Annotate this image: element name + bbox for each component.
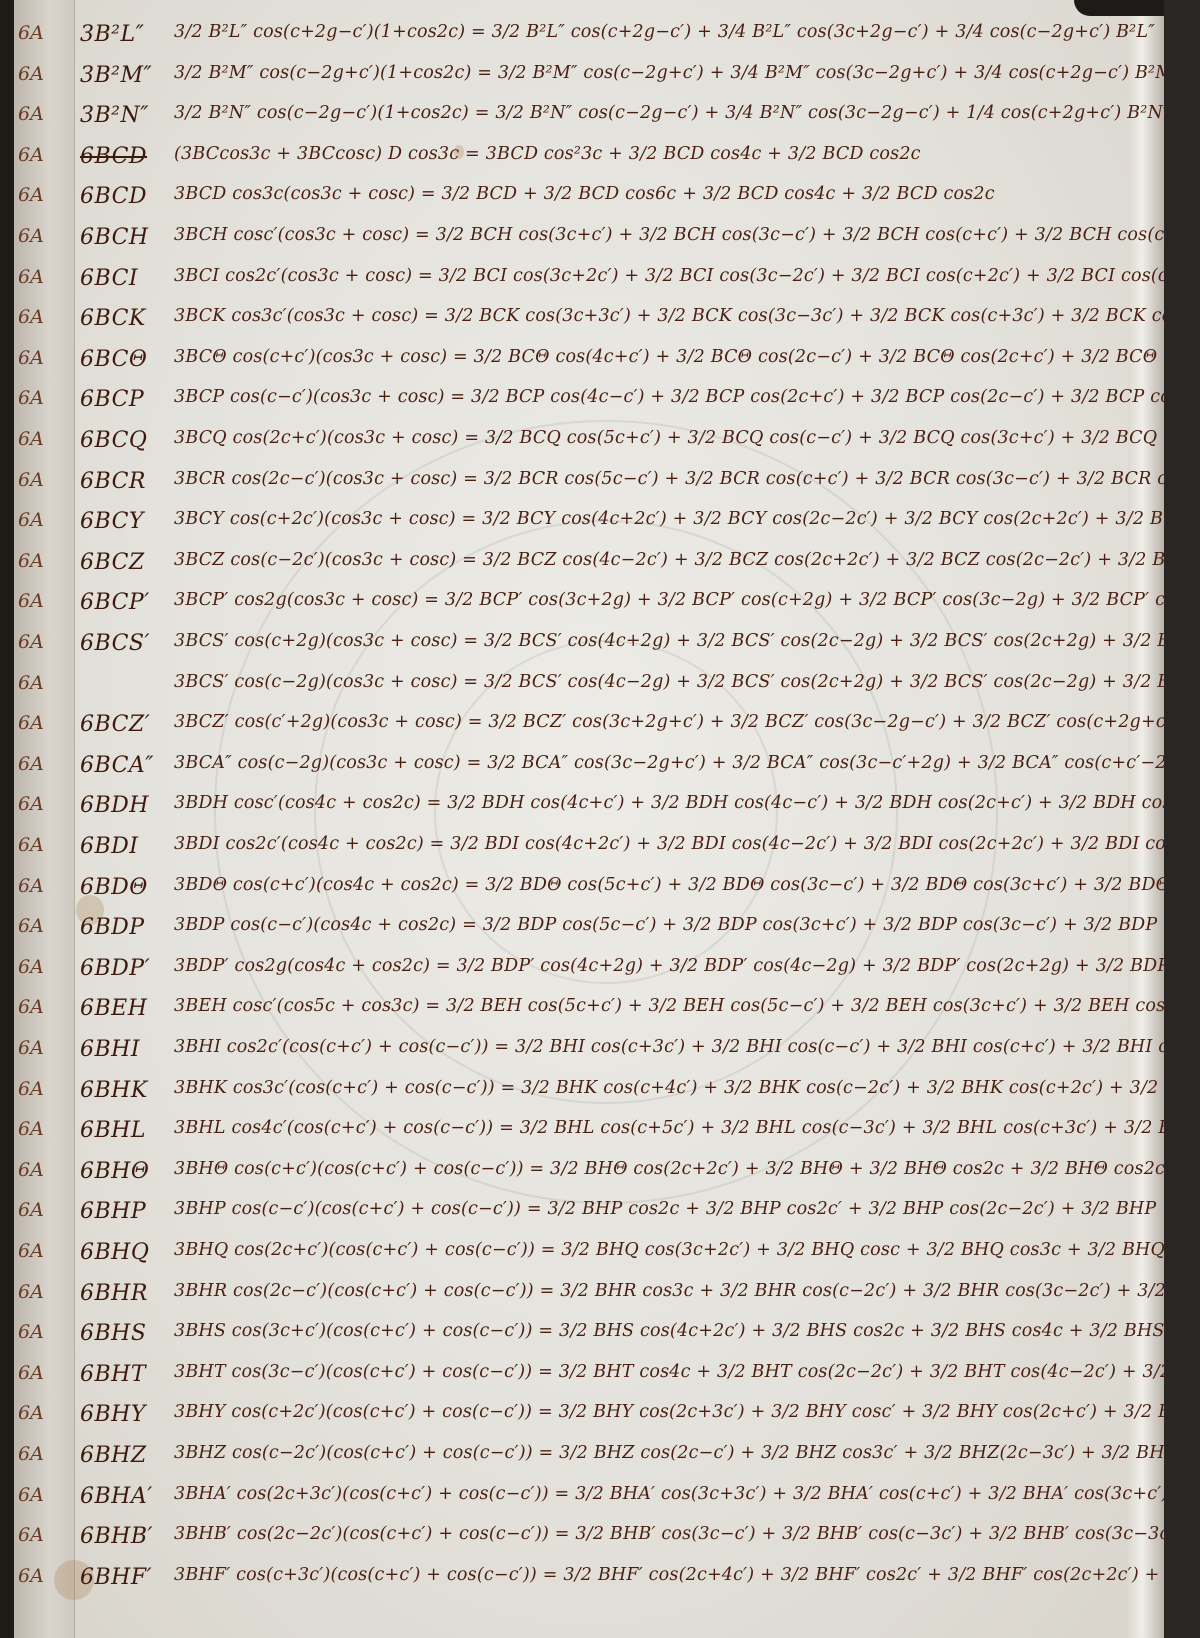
equation-text: 3BDΘ cos(c+c′)(cos4c + cos2c) = 3/2 BDΘ … xyxy=(174,875,1164,895)
equation-text: 3BHZ cos(c−2c′)(cos(c+c′) + cos(c−c′)) =… xyxy=(174,1443,1164,1463)
row-label: 6BCY xyxy=(80,509,144,534)
underpage-margin-mark: 6A xyxy=(18,509,44,531)
underpage-margin-mark: 6A xyxy=(18,550,44,572)
underpage-margin-mark: 6A xyxy=(18,1321,44,1343)
row-label: 6BCP′ xyxy=(80,590,150,615)
equation-row: 6A6BHR3BHR cos(2c−c′)(cos(c+c′) + cos(c−… xyxy=(14,1281,1164,1311)
equation-text: 3BDP′ cos2g(cos4c + cos2c) = 3/2 BDP′ co… xyxy=(174,956,1164,976)
equation-text: 3BHF′ cos(c+3c′)(cos(c+c′) + cos(c−c′)) … xyxy=(174,1565,1164,1585)
equation-text: 3BHI cos2c′(cos(c+c′) + cos(c−c′)) = 3/2… xyxy=(174,1037,1164,1057)
underpage-margin-mark: 6A xyxy=(18,1281,44,1303)
equation-row: 6A6BDI3BDI cos2c′(cos4c + cos2c) = 3/2 B… xyxy=(14,834,1164,864)
equation-text: 3BHB′ cos(2c−2c′)(cos(c+c′) + cos(c−c′))… xyxy=(174,1524,1164,1544)
row-label: 6BCH xyxy=(80,225,149,250)
equation-text: 3BHT cos(3c−c′)(cos(c+c′) + cos(c−c′)) =… xyxy=(174,1362,1164,1382)
equation-text: 3BDH cosc′(cos4c + cos2c) = 3/2 BDH cos(… xyxy=(174,793,1164,813)
equation-text: 3BEH cosc′(cos5c + cos3c) = 3/2 BEH cos(… xyxy=(174,996,1164,1016)
underpage-margin-mark: 6A xyxy=(18,1199,44,1221)
underpage-margin-mark: 6A xyxy=(18,1402,44,1424)
equation-row: 6A6BCR3BCR cos(2c−c′)(cos3c + cosc) = 3/… xyxy=(14,469,1164,499)
row-label: 6BHI xyxy=(80,1037,140,1062)
row-label: 6BCP xyxy=(80,387,144,412)
equation-text: 3BHA′ cos(2c+3c′)(cos(c+c′) + cos(c−c′))… xyxy=(174,1484,1164,1504)
equation-row: 6A6BDP′3BDP′ cos2g(cos4c + cos2c) = 3/2 … xyxy=(14,956,1164,986)
row-label: 6BDP′ xyxy=(80,956,150,981)
row-label: 6BDI xyxy=(80,834,139,859)
row-label: 6BHY xyxy=(80,1402,146,1427)
underpage-margin-mark: 6A xyxy=(18,996,44,1018)
underpage-margin-mark: 6A xyxy=(18,1565,44,1587)
row-label: 6BCD xyxy=(80,144,147,169)
underpage-margin-mark: 6A xyxy=(18,103,44,125)
equation-row: 6A3BCS′ cos(c−2g)(cos3c + cosc) = 3/2 BC… xyxy=(14,672,1164,702)
equation-row: 6A6BCP′3BCP′ cos2g(cos3c + cosc) = 3/2 B… xyxy=(14,590,1164,620)
row-label: 6BCA″ xyxy=(80,753,154,778)
equation-text: 3/2 B²M″ cos(c−2g+c′)(1+cos2c) = 3/2 B²M… xyxy=(174,63,1164,83)
equation-row: 6A6BCS′3BCS′ cos(c+2g)(cos3c + cosc) = 3… xyxy=(14,631,1164,661)
underpage-margin-mark: 6A xyxy=(18,875,44,897)
equation-text: 3BCH cosc′(cos3c + cosc) = 3/2 BCH cos(3… xyxy=(174,225,1164,245)
equation-text: 3BCQ cos(2c+c′)(cos3c + cosc) = 3/2 BCQ … xyxy=(174,428,1164,448)
row-label: 6BHP xyxy=(80,1199,146,1224)
equation-row: 6A6BHI3BHI cos2c′(cos(c+c′) + cos(c−c′))… xyxy=(14,1037,1164,1067)
equation-text: 3BHP cos(c−c′)(cos(c+c′) + cos(c−c′)) = … xyxy=(174,1199,1156,1219)
equation-text: 3BCI cos2c′(cos3c + cosc) = 3/2 BCI cos(… xyxy=(174,266,1164,286)
equation-row: 6A6BCD3BCD cos3c(cos3c + cosc) = 3/2 BCD… xyxy=(14,184,1164,214)
underpage-margin-mark: 6A xyxy=(18,672,44,694)
underpage-margin-mark: 6A xyxy=(18,184,44,206)
equation-row: 6A6BHT3BHT cos(3c−c′)(cos(c+c′) + cos(c−… xyxy=(14,1362,1164,1392)
underpage-margin-mark: 6A xyxy=(18,1484,44,1506)
equation-row: 6A6BHZ3BHZ cos(c−2c′)(cos(c+c′) + cos(c−… xyxy=(14,1443,1164,1473)
equation-row: 6A6BHS3BHS cos(3c+c′)(cos(c+c′) + cos(c−… xyxy=(14,1321,1164,1351)
row-label: 6BCK xyxy=(80,306,146,331)
equation-text: 3BHS cos(3c+c′)(cos(c+c′) + cos(c−c′)) =… xyxy=(174,1321,1164,1341)
row-label: 6BCΘ xyxy=(80,347,147,372)
underpage-margin-mark: 6A xyxy=(18,306,44,328)
equation-row: 6A6BEH3BEH cosc′(cos5c + cos3c) = 3/2 BE… xyxy=(14,996,1164,1026)
equation-row: 6A6BHK3BHK cos3c′(cos(c+c′) + cos(c−c′))… xyxy=(14,1078,1164,1108)
underpage-margin-mark: 6A xyxy=(18,753,44,775)
equation-text: 3BCZ′ cos(c′+2g)(cos3c + cosc) = 3/2 BCZ… xyxy=(174,712,1164,732)
equation-text: 3BCY cos(c+2c′)(cos3c + cosc) = 3/2 BCY … xyxy=(174,509,1164,529)
row-label: 6BCQ xyxy=(80,428,147,453)
row-label: 6BCZ′ xyxy=(80,712,150,737)
underpage-margin-mark: 6A xyxy=(18,1524,44,1546)
row-label: 6BHK xyxy=(80,1078,148,1103)
row-label: 6BHB′ xyxy=(80,1524,153,1549)
manuscript-page: 6A3B²L″3/2 B²L″ cos(c+2g−c′)(1+cos2c) = … xyxy=(14,0,1164,1638)
equation-row: 6A6BCD(3BCcos3c + 3BCcosc) D cos3c = 3BC… xyxy=(14,144,1164,174)
underpage-margin-mark: 6A xyxy=(18,347,44,369)
row-label: 6BDΘ xyxy=(80,875,148,900)
equation-row: 6A3B²N″3/2 B²N″ cos(c−2g−c′)(1+cos2c) = … xyxy=(14,103,1164,133)
underpage-margin-mark: 6A xyxy=(18,590,44,612)
binding-shadow xyxy=(0,0,14,1638)
equation-row: 6A6BCH3BCH cosc′(cos3c + cosc) = 3/2 BCH… xyxy=(14,225,1164,255)
equation-row: 6A3B²L″3/2 B²L″ cos(c+2g−c′)(1+cos2c) = … xyxy=(14,22,1164,52)
equation-text: 3/2 B²N″ cos(c−2g−c′)(1+cos2c) = 3/2 B²N… xyxy=(174,103,1164,123)
equation-row: 6A6BCΘ3BCΘ cos(c+c′)(cos3c + cosc) = 3/2… xyxy=(14,347,1164,377)
row-label: 3B²L″ xyxy=(80,22,144,47)
underpage-margin-mark: 6A xyxy=(18,1118,44,1140)
equation-text: 3BCA″ cos(c−2g)(cos3c + cosc) = 3/2 BCA″… xyxy=(174,753,1164,773)
equation-text: (3BCcos3c + 3BCcosc) D cos3c = 3BCD cos²… xyxy=(174,144,921,164)
equation-row: 6A6BCP3BCP cos(c−c′)(cos3c + cosc) = 3/2… xyxy=(14,387,1164,417)
underpage-margin-mark: 6A xyxy=(18,834,44,856)
equation-row: 6A6BCI3BCI cos2c′(cos3c + cosc) = 3/2 BC… xyxy=(14,266,1164,296)
equation-row: 6A6BCK3BCK cos3c′(cos3c + cosc) = 3/2 BC… xyxy=(14,306,1164,336)
underpage-margin-mark: 6A xyxy=(18,387,44,409)
equation-row: 6A6BHB′3BHB′ cos(2c−2c′)(cos(c+c′) + cos… xyxy=(14,1524,1164,1554)
row-label: 6BCR xyxy=(80,469,146,494)
equation-row: 6A6BHY3BHY cos(c+2c′)(cos(c+c′) + cos(c−… xyxy=(14,1402,1164,1432)
equation-row: 6A6BDP3BDP cos(c−c′)(cos4c + cos2c) = 3/… xyxy=(14,915,1164,945)
underpage-margin-mark: 6A xyxy=(18,144,44,166)
underpage-margin-mark: 6A xyxy=(18,1078,44,1100)
row-label: 6BHL xyxy=(80,1118,146,1143)
underpage-margin-mark: 6A xyxy=(18,1362,44,1384)
equation-row: 6A3B²M″3/2 B²M″ cos(c−2g+c′)(1+cos2c) = … xyxy=(14,63,1164,93)
equation-text: 3BCR cos(2c−c′)(cos3c + cosc) = 3/2 BCR … xyxy=(174,469,1164,489)
row-label: 6BCI xyxy=(80,266,138,291)
underpage-margin-mark: 6A xyxy=(18,793,44,815)
underpage-margin-mark: 6A xyxy=(18,1037,44,1059)
equation-text: 3BDI cos2c′(cos4c + cos2c) = 3/2 BDI cos… xyxy=(174,834,1164,854)
equation-row: 6A6BCY3BCY cos(c+2c′)(cos3c + cosc) = 3/… xyxy=(14,509,1164,539)
underpage-margin-mark: 6A xyxy=(18,631,44,653)
underpage-margin-mark: 6A xyxy=(18,1240,44,1262)
underpage-margin-mark: 6A xyxy=(18,915,44,937)
row-label: 6BHT xyxy=(80,1362,146,1387)
equation-row: 6A6BHL3BHL cos4c′(cos(c+c′) + cos(c−c′))… xyxy=(14,1118,1164,1148)
row-label: 6BHA′ xyxy=(80,1484,153,1509)
row-label: 6BHΘ xyxy=(80,1159,149,1184)
equation-row: 6A6BHΘ3BHΘ cos(c+c′)(cos(c+c′) + cos(c−c… xyxy=(14,1159,1164,1189)
underpage-margin-mark: 6A xyxy=(18,63,44,85)
equation-row: 6A6BCZ′3BCZ′ cos(c′+2g)(cos3c + cosc) = … xyxy=(14,712,1164,742)
underpage-margin-mark: 6A xyxy=(18,225,44,247)
equation-row: 6A6BCZ3BCZ cos(c−2c′)(cos3c + cosc) = 3/… xyxy=(14,550,1164,580)
underpage-margin-mark: 6A xyxy=(18,1159,44,1181)
equation-row: 6A6BHQ3BHQ cos(2c+c′)(cos(c+c′) + cos(c−… xyxy=(14,1240,1164,1270)
row-label: 6BHQ xyxy=(80,1240,149,1265)
row-label: 6BDP xyxy=(80,915,145,940)
row-label: 6BHZ xyxy=(80,1443,147,1468)
equation-row: 6A6BDH3BDH cosc′(cos4c + cos2c) = 3/2 BD… xyxy=(14,793,1164,823)
row-label: 6BHR xyxy=(80,1281,148,1306)
equation-text: 3BDP cos(c−c′)(cos4c + cos2c) = 3/2 BDP … xyxy=(174,915,1164,935)
equation-text: 3BHY cos(c+2c′)(cos(c+c′) + cos(c−c′)) =… xyxy=(174,1402,1164,1422)
equation-text: 3BCP′ cos2g(cos3c + cosc) = 3/2 BCP′ cos… xyxy=(174,590,1164,610)
equation-text: 3BHQ cos(2c+c′)(cos(c+c′) + cos(c−c′)) =… xyxy=(174,1240,1164,1260)
equation-row: 6A6BDΘ3BDΘ cos(c+c′)(cos4c + cos2c) = 3/… xyxy=(14,875,1164,905)
equation-row: 6A6BCQ3BCQ cos(2c+c′)(cos3c + cosc) = 3/… xyxy=(14,428,1164,458)
equation-row: 6A6BHP3BHP cos(c−c′)(cos(c+c′) + cos(c−c… xyxy=(14,1199,1164,1229)
row-label: 6BEH xyxy=(80,996,147,1021)
row-label: 6BCZ xyxy=(80,550,145,575)
equation-text: 3BHΘ cos(c+c′)(cos(c+c′) + cos(c−c′)) = … xyxy=(174,1159,1164,1179)
equation-text: 3BCS′ cos(c−2g)(cos3c + cosc) = 3/2 BCS′… xyxy=(174,672,1164,692)
equation-text: 3BCP cos(c−c′)(cos3c + cosc) = 3/2 BCP c… xyxy=(174,387,1164,407)
equation-row: 6A6BHF′3BHF′ cos(c+3c′)(cos(c+c′) + cos(… xyxy=(14,1565,1164,1595)
underpage-margin-mark: 6A xyxy=(18,428,44,450)
equation-text: 3BCΘ cos(c+c′)(cos3c + cosc) = 3/2 BCΘ c… xyxy=(174,347,1164,367)
row-label: 6BHF′ xyxy=(80,1565,152,1590)
equation-text: 3BHL cos4c′(cos(c+c′) + cos(c−c′)) = 3/2… xyxy=(174,1118,1164,1138)
equation-text: 3BCK cos3c′(cos3c + cosc) = 3/2 BCK cos(… xyxy=(174,306,1164,326)
row-label: 3B²N″ xyxy=(80,103,149,128)
equation-text: 3/2 B²L″ cos(c+2g−c′)(1+cos2c) = 3/2 B²L… xyxy=(174,22,1155,42)
page-corner-shadow xyxy=(1074,0,1164,16)
underpage-margin-mark: 6A xyxy=(18,956,44,978)
underpage-margin-mark: 6A xyxy=(18,266,44,288)
equation-text: 3BHR cos(2c−c′)(cos(c+c′) + cos(c−c′)) =… xyxy=(174,1281,1164,1301)
equation-row: 6A6BHA′3BHA′ cos(2c+3c′)(cos(c+c′) + cos… xyxy=(14,1484,1164,1514)
row-label: 6BCD xyxy=(80,184,147,209)
underpage-margin-mark: 6A xyxy=(18,469,44,491)
underpage-margin-mark: 6A xyxy=(18,1443,44,1465)
equation-row: 6A6BCA″3BCA″ cos(c−2g)(cos3c + cosc) = 3… xyxy=(14,753,1164,783)
underpage-margin-mark: 6A xyxy=(18,22,44,44)
equation-text: 3BCD cos3c(cos3c + cosc) = 3/2 BCD + 3/2… xyxy=(174,184,995,204)
equation-text: 3BCZ cos(c−2c′)(cos3c + cosc) = 3/2 BCZ … xyxy=(174,550,1164,570)
row-label: 3B²M″ xyxy=(80,63,152,88)
row-label: 6BHS xyxy=(80,1321,146,1346)
row-label: 6BCS′ xyxy=(80,631,150,656)
underpage-margin-mark: 6A xyxy=(18,712,44,734)
row-label: 6BDH xyxy=(80,793,149,818)
equation-text: 3BHK cos3c′(cos(c+c′) + cos(c−c′)) = 3/2… xyxy=(174,1078,1164,1098)
equation-text: 3BCS′ cos(c+2g)(cos3c + cosc) = 3/2 BCS′… xyxy=(174,631,1164,651)
